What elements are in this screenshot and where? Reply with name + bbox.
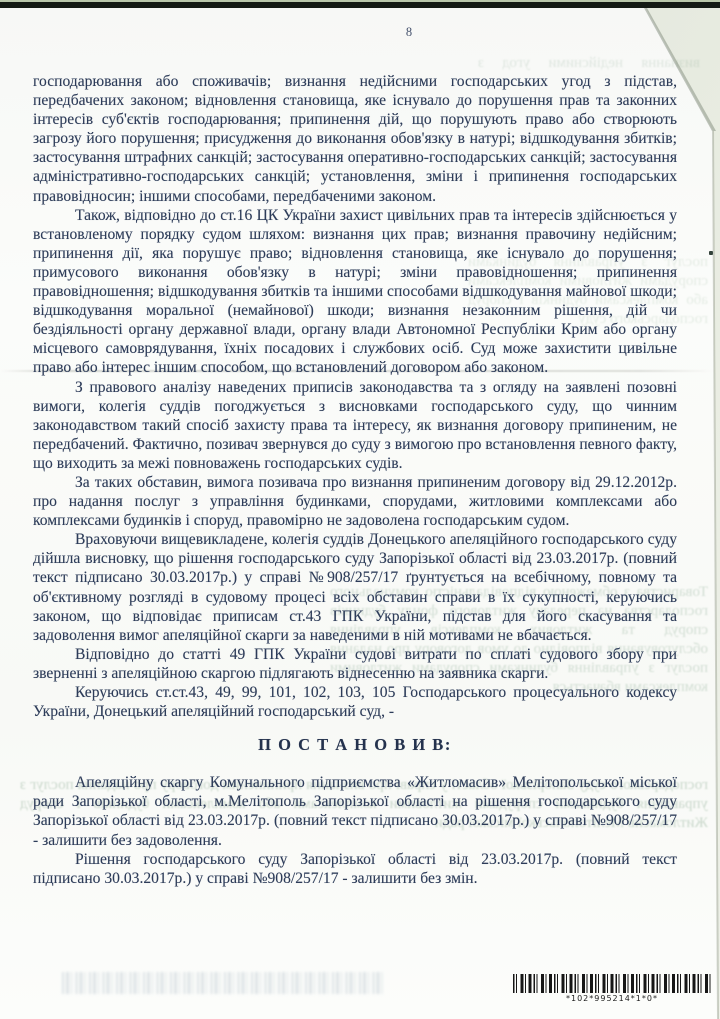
paragraph: Рішення господарського суду Запорізької …	[33, 850, 677, 888]
page-number: 8	[398, 25, 420, 40]
paragraph: Також, відповідно до ст.16 ЦК України за…	[33, 206, 677, 378]
paragraph: З правового аналізу наведених приписів з…	[33, 378, 677, 473]
bleedthrough-barcode	[62, 972, 384, 994]
barcode-bars	[513, 974, 711, 993]
resolution-heading: П О С Т А Н О В И В:	[33, 735, 677, 754]
barcode: *102*995214*1*0*	[513, 974, 711, 1003]
paragraph: Враховуючи вищевикладене, колегія суддів…	[33, 530, 677, 645]
scanned-court-document-page: визнання недійсними угод з підстав перед…	[0, 0, 720, 1019]
paragraph: За таких обставин, вимога позивача про в…	[33, 473, 677, 530]
paragraph: Апеляційну скаргу Комунального підприємс…	[33, 773, 677, 849]
ink-speck	[709, 251, 713, 255]
paragraph: господарювання або споживачів; визнання …	[33, 72, 677, 206]
barcode-value: *102*995214*1*0*	[513, 994, 711, 1003]
document-body: господарювання або споживачів; визнання …	[33, 72, 677, 888]
paragraph: Відповідно до статті 49 ГПК України судо…	[33, 645, 677, 683]
paragraph: Керуючись ст.ст.43, 49, 99, 101, 102, 10…	[33, 683, 677, 721]
scanner-top-edge-strip	[0, 0, 720, 8]
